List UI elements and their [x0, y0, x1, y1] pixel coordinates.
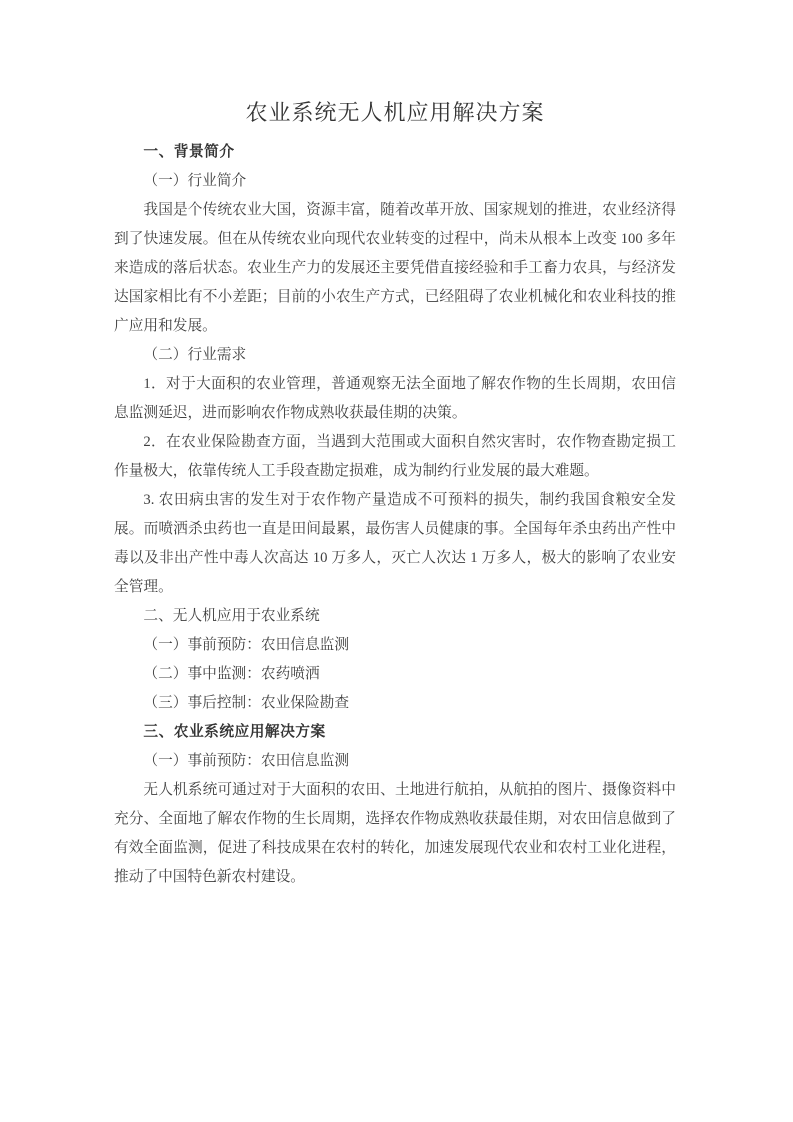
subsection-heading-industry-intro: （一）行业简介	[114, 167, 676, 196]
subsection-heading-drone-application: 二、无人机应用于农业系统	[114, 602, 676, 631]
list-item-pre-prevention: （一）事前预防：农田信息监测	[114, 631, 676, 660]
paragraph-need-2: 2．在农业保险勘查方面，当遇到大范围或大面积自然灾害时，农作物查勘定损工作量极大…	[114, 428, 676, 486]
paragraph-need-1: 1．对于大面积的农业管理，普通观察无法全面地了解农作物的生长周期，农田信息监测延…	[114, 370, 676, 428]
paragraph-solution-detail: 无人机系统可通过对于大面积的农田、土地进行航拍，从航拍的图片、摄像资料中充分、全…	[114, 776, 676, 892]
subsection-heading-industry-needs: （二）行业需求	[114, 341, 676, 370]
document-content: 农业系统无人机应用解决方案 一、背景简介 （一）行业简介 我国是个传统农业大国，…	[114, 96, 676, 892]
subsection-heading-solution-prevention: （一）事前预防：农田信息监测	[114, 747, 676, 776]
list-item-post-control: （三）事后控制：农业保险勘查	[114, 689, 676, 718]
paragraph-industry-intro: 我国是个传统农业大国，资源丰富，随着改革开放、国家规划的推进，农业经济得到了快速…	[114, 196, 676, 341]
list-item-in-process-monitoring: （二）事中监测：农药喷洒	[114, 660, 676, 689]
section-heading-background: 一、背景简介	[114, 138, 676, 167]
section-heading-solution: 三、农业系统应用解决方案	[114, 718, 676, 747]
document-title: 农业系统无人机应用解决方案	[114, 96, 676, 129]
document-page: 农业系统无人机应用解决方案 一、背景简介 （一）行业简介 我国是个传统农业大国，…	[0, 0, 793, 1122]
paragraph-need-3: 3. 农田病虫害的发生对于农作物产量造成不可预料的损失，制约我国食粮安全发展。而…	[114, 486, 676, 602]
